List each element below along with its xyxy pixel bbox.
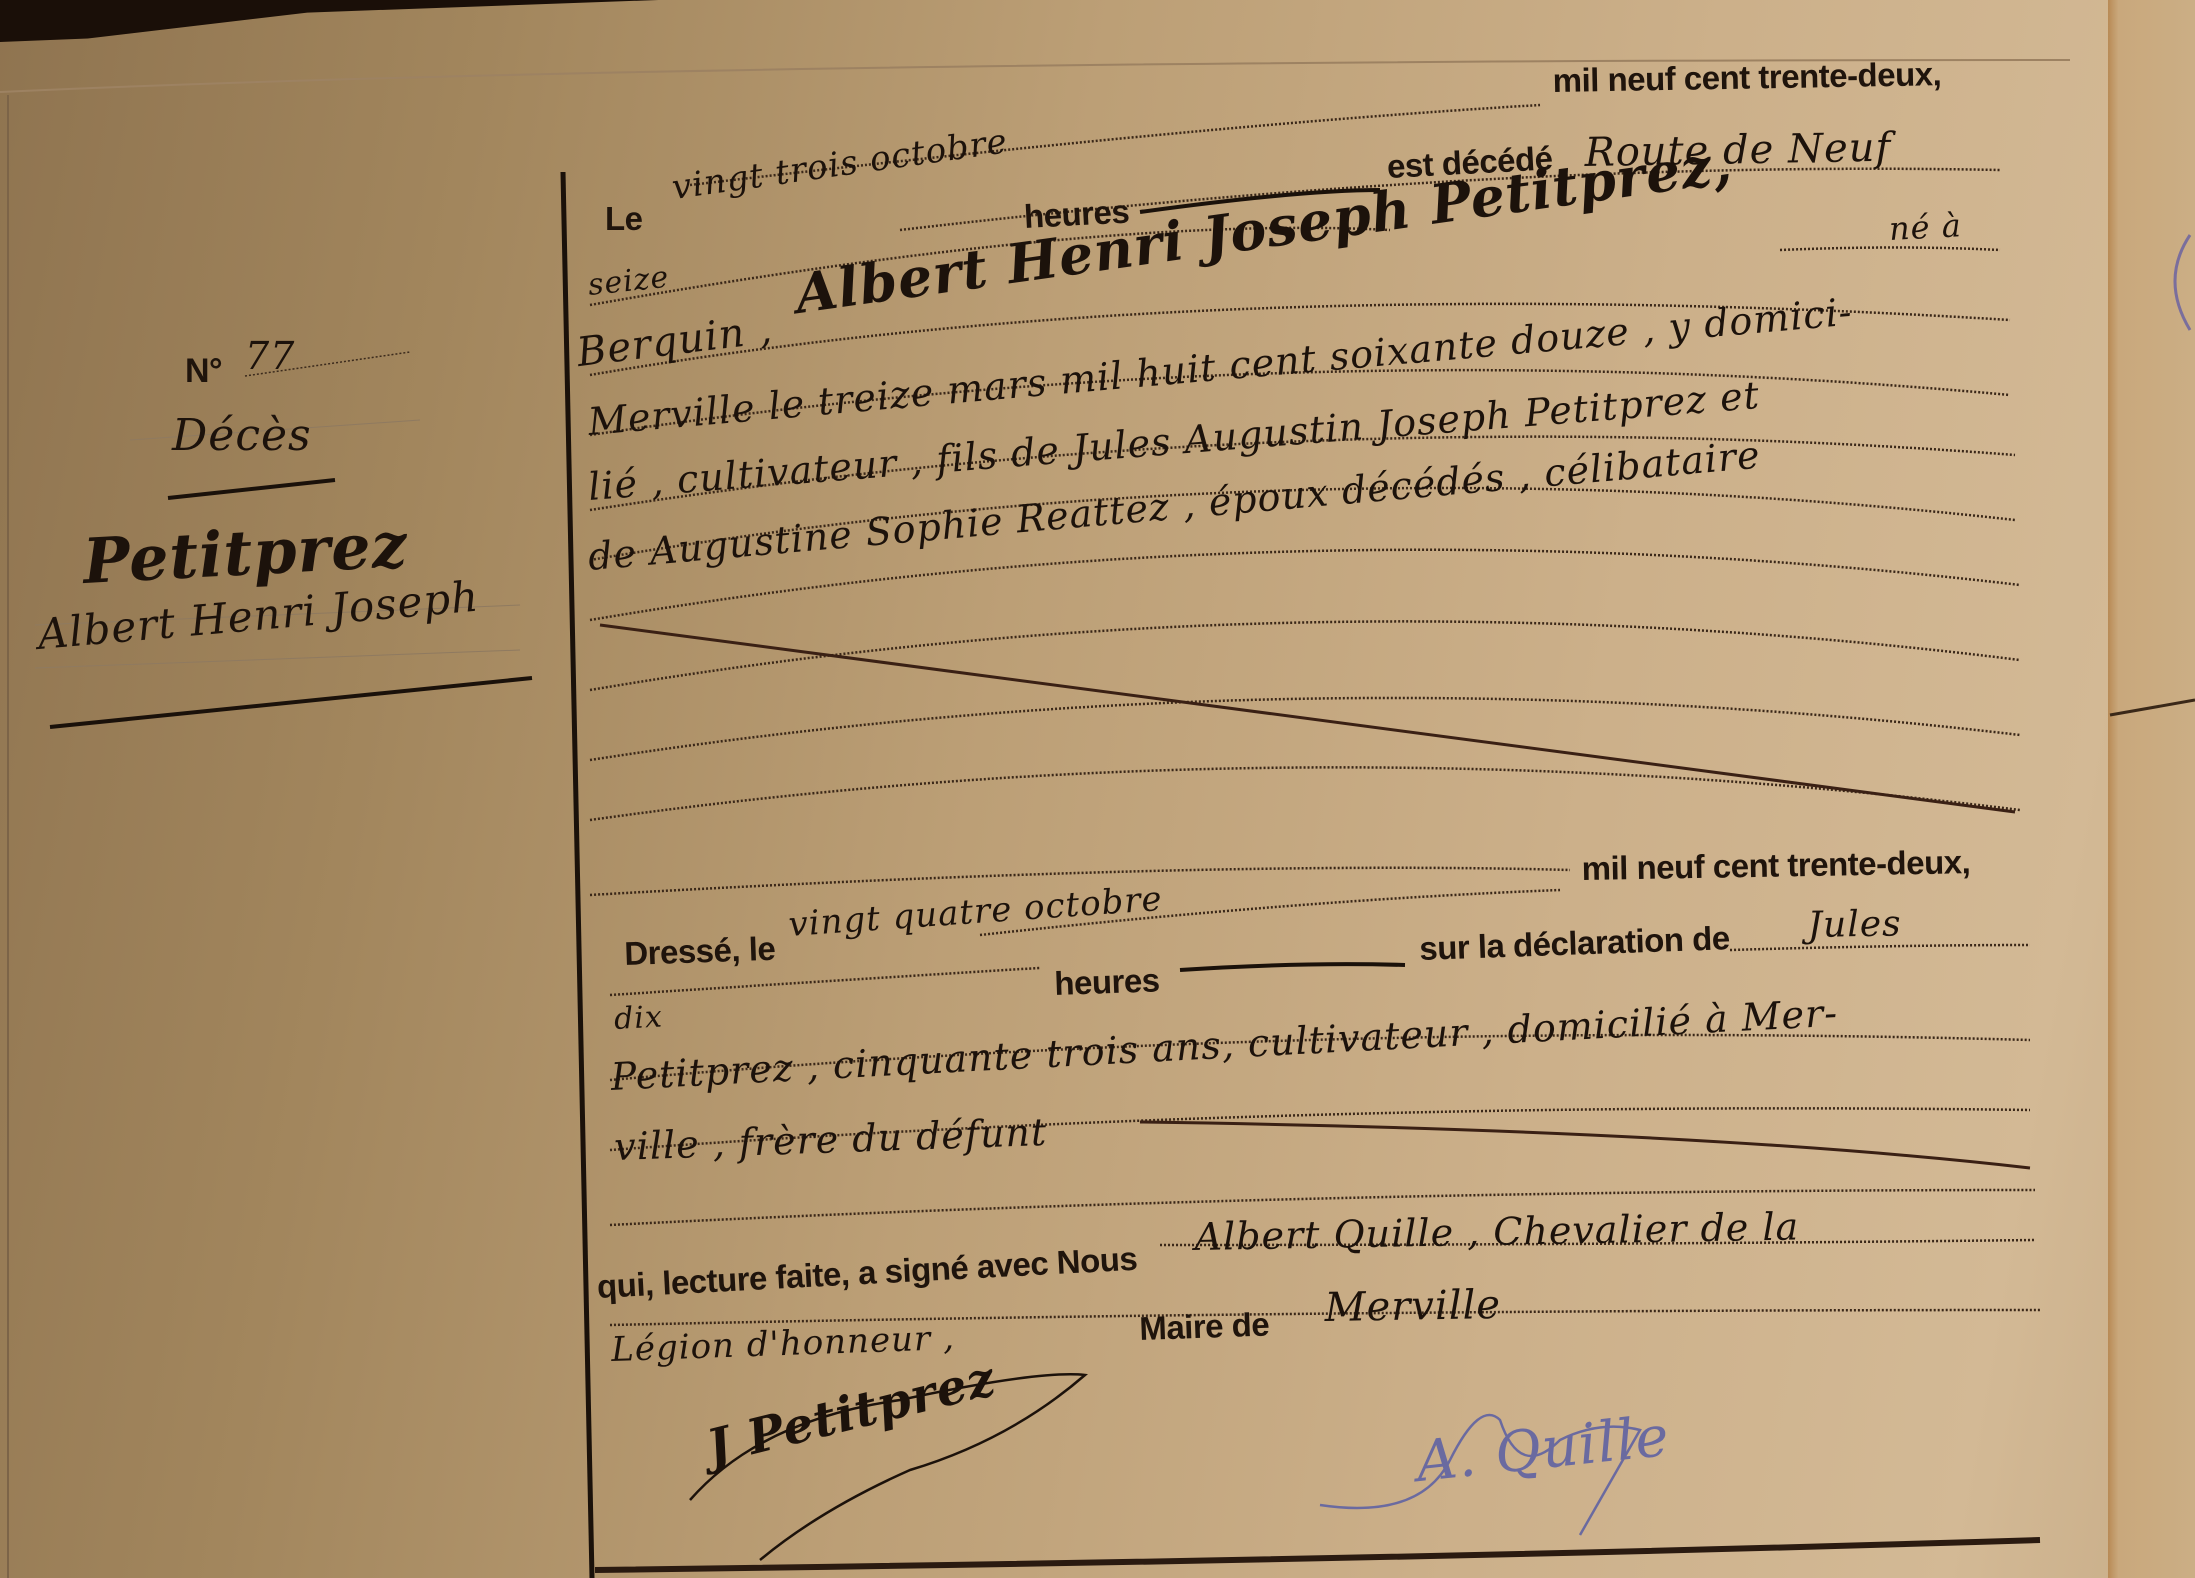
printed-maire-de: Maire de (1139, 1305, 1270, 1348)
printed-ne-a: né à (1888, 206, 1963, 248)
printed-dresse-le: Dressé, le (624, 930, 776, 973)
printed-heures-2: heures (1054, 961, 1160, 1003)
printed-year-2: mil neuf cent trente-deux, (1581, 843, 1970, 888)
record-number: 77 (245, 334, 295, 378)
declarant-first-name: Jules (1807, 903, 1902, 946)
printed-year-1: mil neuf cent trente-deux, (1552, 55, 1941, 100)
commune-name: Merville (1324, 1282, 1501, 1331)
act-type: Décès (172, 410, 312, 461)
number-label: N° (185, 352, 222, 391)
photographed-register-page: N° 77 Décès Petitprez Albert Henri Josep… (0, 0, 2195, 1578)
printed-le: Le (605, 200, 643, 238)
record-hour: dix (613, 999, 663, 1037)
